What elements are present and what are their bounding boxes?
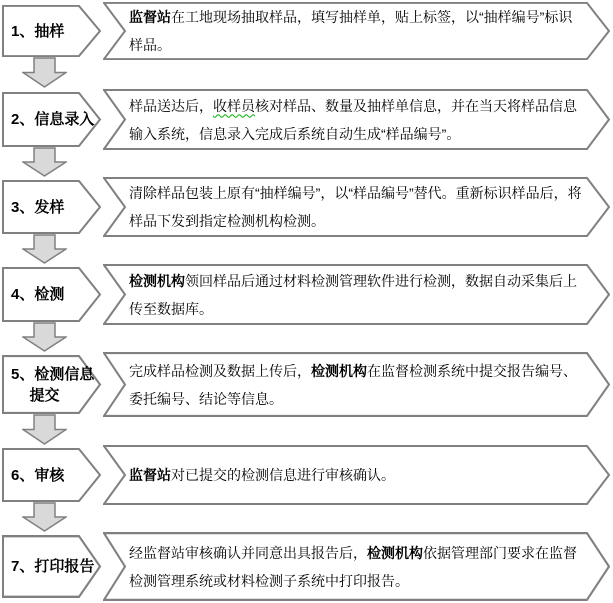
- down-arrow-shape: [22, 57, 67, 88]
- step-6-label-box: 6、审核: [2, 448, 102, 502]
- desc-post: 在工地现场抽取样品，填写抽样单，贴上标签，以“抽样编号”标识样品。: [129, 9, 572, 53]
- step-2-label-box: 2、信息录入: [2, 92, 102, 147]
- desc-pre: 样品送达后，: [129, 98, 213, 114]
- step-6-label-text: 6、审核: [11, 465, 84, 486]
- desc-bold-term: 检测机构: [129, 273, 185, 289]
- step-row-5: 5、检测信息提交 完成样品检测及数据上传后，检测机构在监督检测系统中提交报告编号…: [0, 352, 613, 417]
- step-6-description-box: 监督站对已提交的检测信息进行审核确认。: [103, 445, 610, 505]
- step-7-label-box: 7、打印报告: [2, 535, 102, 598]
- step-3-label: 3、发样: [2, 180, 102, 234]
- step-4-description: 检测机构领回样品后通过材料检测管理软件进行检测，数据自动采集后上传至数据库。: [103, 264, 610, 325]
- down-arrow-5: [22, 414, 67, 445]
- desc-bold-term: 检测机构: [311, 363, 367, 379]
- step-row-4: 4、检测 检测机构领回样品后通过材料检测管理软件进行检测，数据自动采集后上传至数…: [0, 264, 613, 325]
- step-2-label: 2、信息录入: [2, 92, 102, 147]
- down-arrow-shape: [22, 414, 67, 445]
- step-6-description: 监督站对已提交的检测信息进行审核确认。: [103, 445, 610, 505]
- down-arrow-shape: [22, 147, 67, 177]
- step-1-label: 1、抽样: [2, 5, 102, 57]
- step-row-1: 1、抽样 监督站在工地现场抽取样品，填写抽样单，贴上标签，以“抽样编号”标识样品…: [0, 2, 613, 60]
- down-arrow-2: [22, 147, 67, 177]
- step-1-description: 监督站在工地现场抽取样品，填写抽样单，贴上标签，以“抽样编号”标识样品。: [103, 2, 610, 60]
- step-4-description-box: 检测机构领回样品后通过材料检测管理软件进行检测，数据自动采集后上传至数据库。: [103, 264, 610, 325]
- step-2-description-box: 样品送达后，收样员核对样品、数量及抽样单信息，并在当天将样品信息输入系统，信息录…: [103, 89, 610, 150]
- step-7-label-text: 7、打印报告: [11, 556, 84, 577]
- down-arrow-6: [22, 502, 67, 532]
- step-5-label: 5、检测信息提交: [2, 355, 102, 414]
- step-4-label-box: 4、检测: [2, 267, 102, 322]
- desc-pre: 完成样品检测及数据上传后，: [129, 363, 311, 379]
- desc-pre: 清除样品包装上原有“抽样编号”，以“样品编号”替代。重新标识样品后，将样品下发到…: [129, 185, 582, 229]
- desc-bold-term: 监督站: [129, 9, 171, 25]
- down-arrow-shape: [22, 502, 67, 532]
- down-arrow-4: [22, 322, 67, 352]
- step-1-label-text: 1、抽样: [11, 21, 84, 42]
- step-5-label-line2: 提交: [11, 385, 84, 406]
- step-row-6: 6、审核 监督站对已提交的检测信息进行审核确认。: [0, 445, 613, 505]
- step-row-7: 7、打印报告 经监督站审核确认并同意出具报告后，检测机构依据管理部门要求在监督检…: [0, 532, 613, 601]
- desc-bold-term: 检测机构: [367, 545, 423, 561]
- step-3-label-box: 3、发样: [2, 180, 102, 234]
- step-row-2: 2、信息录入 样品送达后，收样员核对样品、数量及抽样单信息，并在当天将样品信息输…: [0, 89, 613, 150]
- step-row-3: 3、发样 清除样品包装上原有“抽样编号”，以“样品编号”替代。重新标识样品后，将…: [0, 177, 613, 237]
- step-7-label: 7、打印报告: [2, 535, 102, 598]
- down-arrow-shape: [22, 322, 67, 352]
- desc-bold-term: 监督站: [129, 467, 171, 483]
- step-5-description-box: 完成样品检测及数据上传后，检测机构在监督检测系统中提交报告编号、委托编号、结论等…: [103, 352, 610, 417]
- step-7-description: 经监督站审核确认并同意出具报告后，检测机构依据管理部门要求在监督检测管理系统或材…: [103, 532, 610, 601]
- step-6-label: 6、审核: [2, 448, 102, 502]
- down-arrow-1: [22, 57, 67, 88]
- step-5-label-text: 5、检测信息: [11, 364, 84, 385]
- step-4-label-text: 4、检测: [11, 284, 84, 305]
- step-1-label-box: 1、抽样: [2, 5, 102, 57]
- step-5-description: 完成样品检测及数据上传后，检测机构在监督检测系统中提交报告编号、委托编号、结论等…: [103, 352, 610, 417]
- step-5-label-box: 5、检测信息提交: [2, 355, 102, 414]
- step-4-label: 4、检测: [2, 267, 102, 322]
- desc-post: 对已提交的检测信息进行审核确认。: [171, 467, 395, 483]
- step-2-label-text: 2、信息录入: [11, 109, 84, 130]
- step-3-label-text: 3、发样: [11, 197, 84, 218]
- down-arrow-3: [22, 234, 67, 264]
- down-arrow-shape: [22, 234, 67, 264]
- desc-wavy-word: 收样员: [213, 98, 255, 114]
- desc-post: 领回样品后通过材料检测管理软件进行检测，数据自动采集后上传至数据库。: [129, 273, 577, 317]
- desc-pre: 经监督站审核确认并同意出具报告后，: [129, 545, 367, 561]
- step-3-description-box: 清除样品包装上原有“抽样编号”，以“样品编号”替代。重新标识样品后，将样品下发到…: [103, 177, 610, 237]
- step-2-description: 样品送达后，收样员核对样品、数量及抽样单信息，并在当天将样品信息输入系统，信息录…: [103, 89, 610, 150]
- step-1-description-box: 监督站在工地现场抽取样品，填写抽样单，贴上标签，以“抽样编号”标识样品。: [103, 2, 610, 60]
- step-7-description-box: 经监督站审核确认并同意出具报告后，检测机构依据管理部门要求在监督检测管理系统或材…: [103, 532, 610, 601]
- step-3-description: 清除样品包装上原有“抽样编号”，以“样品编号”替代。重新标识样品后，将样品下发到…: [103, 177, 610, 237]
